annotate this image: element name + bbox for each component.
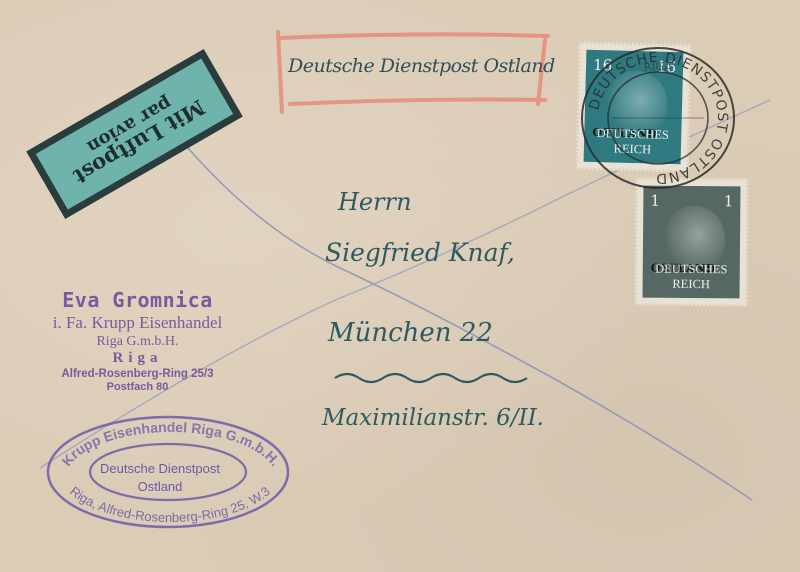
sender-firm: i. Fa. Krupp Eisenhandel xyxy=(0,313,275,333)
recipient-street: Maximilianstr. 6/II. xyxy=(322,405,544,431)
oval-cachet-line2: Ostland xyxy=(85,478,235,496)
oval-cachet-line1: Deutsche Dienstpost xyxy=(85,460,235,478)
sender-company: Riga G.m.b.H. xyxy=(0,334,275,350)
sender-address-stamp: Eva Gromnica i. Fa. Krupp Eisenhandel Ri… xyxy=(0,288,275,393)
oval-cachet-center: Deutsche Dienstpost Ostland xyxy=(85,460,235,496)
sender-city: Riga xyxy=(0,350,275,367)
sender-name: Eva Gromnica xyxy=(0,288,275,312)
sender-street: Alfred-Rosenberg-Ring 25/3 xyxy=(0,368,275,380)
sender-pobox: Postfach 80 xyxy=(0,381,275,393)
